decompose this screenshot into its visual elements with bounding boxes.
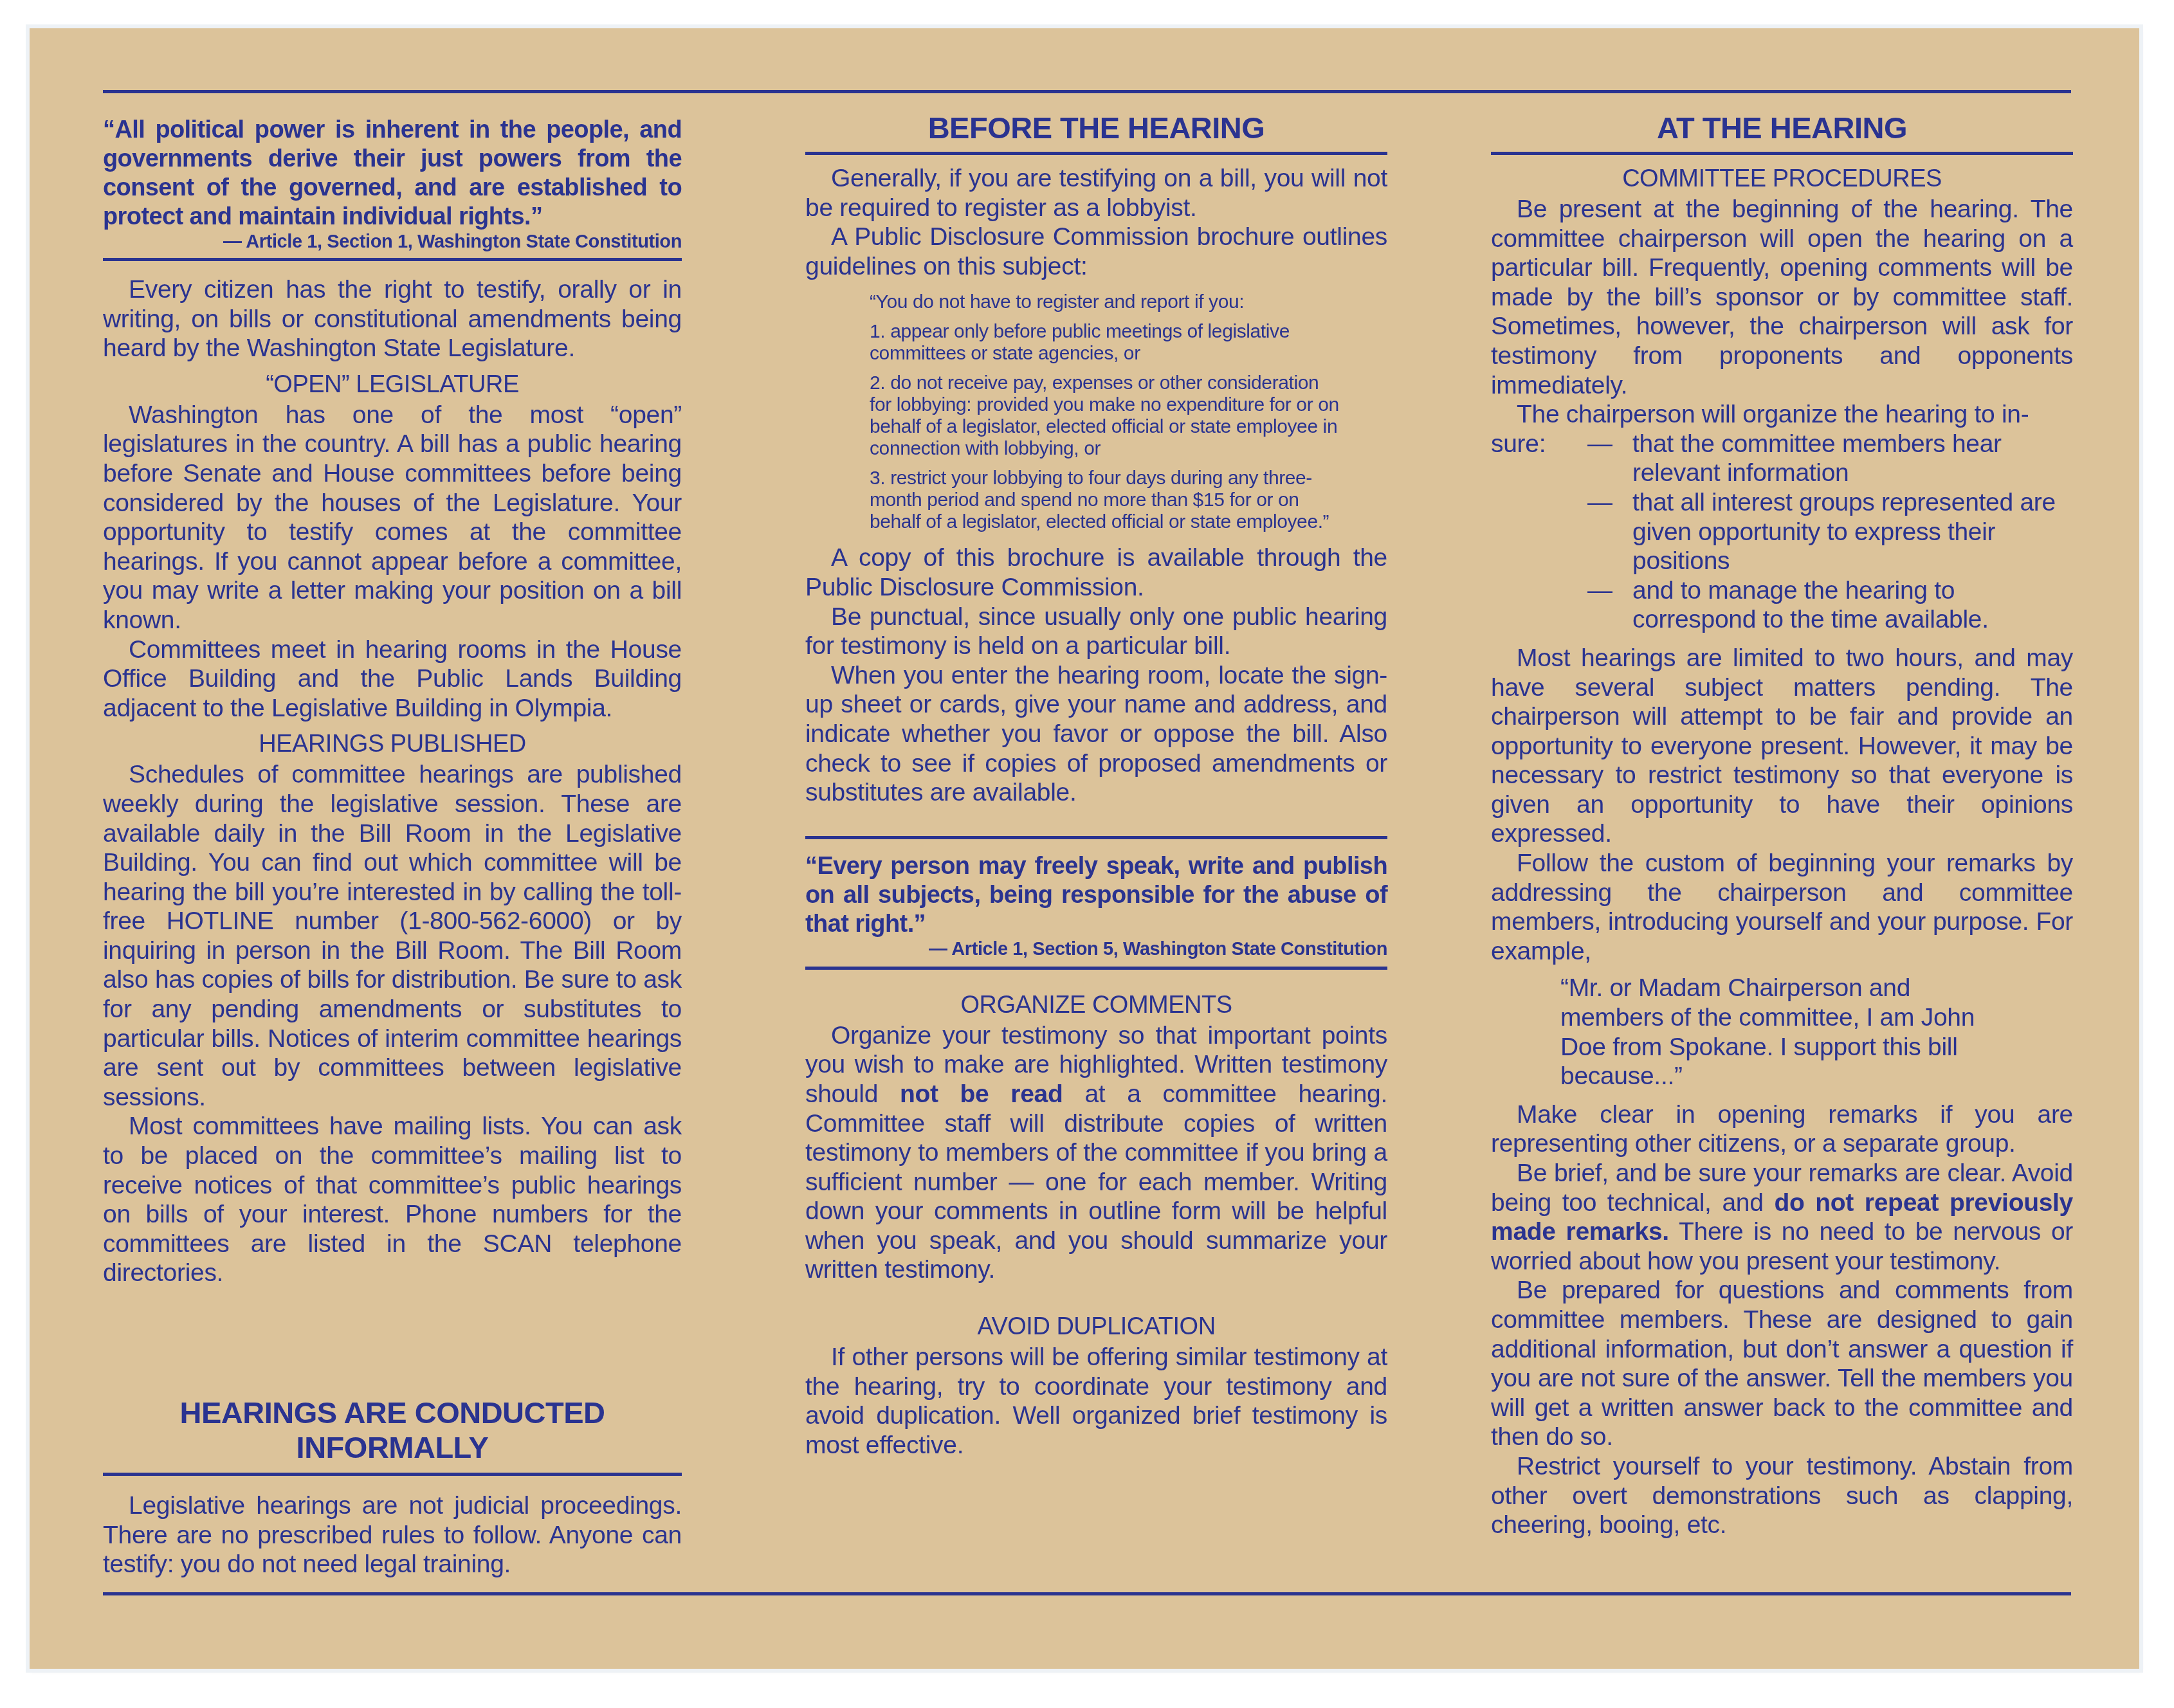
published-paragraph-1: Schedules of committee hearings are publ… bbox=[103, 760, 682, 1112]
excerpt-item: 1. appear only before public meetings of… bbox=[870, 321, 1342, 365]
dash-bullet: — bbox=[1587, 576, 1632, 635]
procedures-paragraph: Be present at the beginning of the heari… bbox=[1491, 195, 2073, 400]
at-hearing-heading: AT THE HEARING bbox=[1491, 111, 2073, 145]
before-hearing-rule bbox=[805, 152, 1387, 155]
example-remarks: “Mr. or Madam Chairperson and members of… bbox=[1491, 974, 2073, 1091]
hearings-published-heading: HEARINGS PUBLISHED bbox=[103, 728, 682, 760]
committee-procedures-heading: COMMITTEE PROCEDURES bbox=[1491, 163, 2073, 195]
ensure-list: sure: — that the committee members hear … bbox=[1491, 430, 2073, 635]
organize-hearing-lead: The chairperson will organize the hearin… bbox=[1491, 400, 2073, 430]
informal-rule bbox=[103, 1473, 682, 1476]
excerpt-intro: “You do not have to register and report … bbox=[870, 291, 1342, 313]
brochure-copy-paragraph: A copy of this brochure is available thr… bbox=[805, 543, 1387, 602]
free-speech-quote: “Every person may freely speak, write an… bbox=[805, 852, 1387, 939]
top-rule bbox=[103, 90, 2071, 93]
open-paragraph-2: Committees meet in hearing rooms in the … bbox=[103, 635, 682, 723]
questions-paragraph: Be prepared for questions and comments f… bbox=[1491, 1276, 2073, 1452]
organize-paragraph: Organize your testimony so that importan… bbox=[805, 1021, 1387, 1285]
ensure-item: that all interest groups represented are… bbox=[1632, 488, 2073, 576]
middle-column: BEFORE THE HEARING Generally, if you are… bbox=[805, 111, 1387, 1460]
lobbyist-paragraph: Generally, if you are testifying on a bi… bbox=[805, 164, 1387, 223]
sign-up-paragraph: When you enter the hearing room, locate … bbox=[805, 661, 1387, 808]
constitution-quote: “All political power is inherent in the … bbox=[103, 116, 682, 232]
quote-citation: — Article 1, Section 1, Washington State… bbox=[103, 232, 682, 253]
representing-paragraph: Make clear in opening remarks if you are… bbox=[1491, 1100, 2073, 1159]
informal-heading: HEARINGS ARE CONDUCTED INFORMALLY bbox=[103, 1395, 682, 1465]
free-speech-top-rule bbox=[805, 836, 1387, 839]
published-paragraph-2: Most committees have mailing lists. You … bbox=[103, 1112, 682, 1288]
excerpt-item: 3. restrict your lobbying to four days d… bbox=[870, 468, 1342, 533]
right-column: AT THE HEARING COMMITTEE PROCEDURES Be p… bbox=[1491, 111, 2073, 1540]
avoid-duplication-heading: AVOID DUPLICATION bbox=[805, 1311, 1387, 1343]
at-hearing-rule bbox=[1491, 152, 2073, 155]
left-column: “All political power is inherent in the … bbox=[103, 116, 682, 1288]
organize-comments-heading: ORGANIZE COMMENTS bbox=[805, 989, 1387, 1021]
quote-rule bbox=[103, 258, 682, 261]
informal-paragraph: Legislative hearings are not judicial pr… bbox=[103, 1491, 682, 1579]
open-paragraph-1: Washington has one of the most “open” le… bbox=[103, 401, 682, 635]
ensure-item: that the committee members hear relevant… bbox=[1632, 430, 2073, 488]
informal-section: HEARINGS ARE CONDUCTED INFORMALLY Legisl… bbox=[103, 1395, 682, 1579]
bottom-rule bbox=[103, 1592, 2071, 1595]
intro-paragraph: Every citizen has the right to testify, … bbox=[103, 275, 682, 363]
time-limit-paragraph: Most hearings are limited to two hours, … bbox=[1491, 644, 2073, 849]
dash-bullet: — bbox=[1587, 488, 1632, 576]
be-brief-paragraph: Be brief, and be sure your remarks are c… bbox=[1491, 1159, 2073, 1276]
free-speech-bottom-rule bbox=[805, 967, 1387, 970]
excerpt-item: 2. do not receive pay, expenses or other… bbox=[870, 372, 1342, 460]
open-legislature-heading: “OPEN” LEGISLATURE bbox=[103, 368, 682, 401]
before-hearing-heading: BEFORE THE HEARING bbox=[805, 111, 1387, 145]
free-speech-citation: — Article 1, Section 5, Washington State… bbox=[805, 939, 1387, 960]
restrict-paragraph: Restrict yourself to your testimony. Abs… bbox=[1491, 1452, 2073, 1540]
duplication-paragraph: If other persons will be offering simila… bbox=[805, 1343, 1387, 1460]
not-be-read-emphasis: not be read bbox=[900, 1080, 1063, 1108]
dash-bullet: — bbox=[1587, 430, 1632, 488]
punctual-paragraph: Be punctual, since usually only one publ… bbox=[805, 603, 1387, 661]
custom-paragraph: Follow the custom of beginning your rema… bbox=[1491, 849, 2073, 966]
pdc-excerpt: “You do not have to register and report … bbox=[870, 291, 1342, 533]
pdc-paragraph: A Public Disclosure Commission brochure … bbox=[805, 223, 1387, 281]
ensure-item: and to manage the hearing to correspond … bbox=[1632, 576, 2073, 635]
